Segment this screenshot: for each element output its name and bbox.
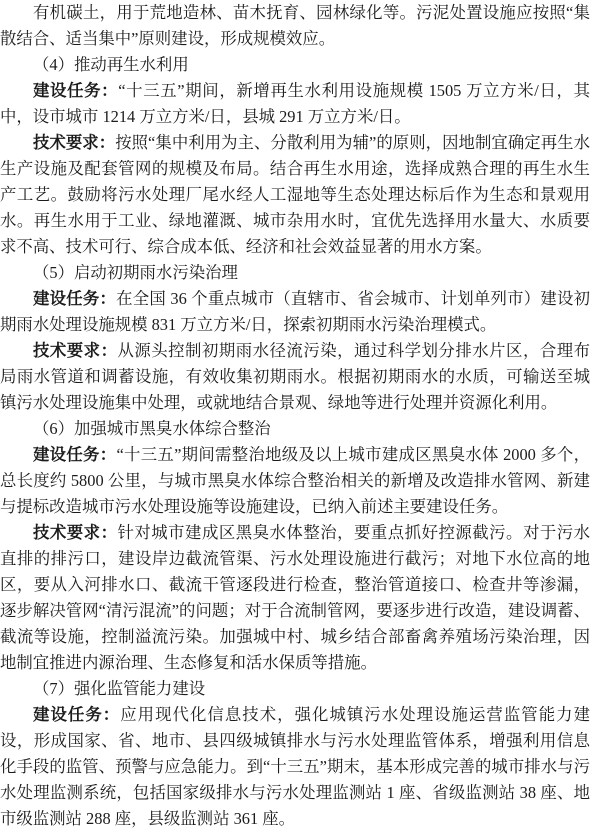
paragraph-text: 有机碳土，用于荒地造林、苗木抚育、园林绿化等。污泥处置设施应按照“集散结合、适当… bbox=[0, 3, 590, 48]
paragraph-task-supervision-capacity: 建设任务：应用现代化信息技术，强化城镇污水处理设施运营监管能力建设，形成国家、省… bbox=[0, 702, 590, 832]
document-page: 有机碳土，用于荒地造林、苗木抚育、园林绿化等。污泥处置设施应按照“集散结合、适当… bbox=[0, 0, 590, 832]
task-label: 建设任务： bbox=[33, 445, 116, 464]
heading-text: （7）强化监管能力建设 bbox=[33, 679, 205, 698]
task-label: 建设任务： bbox=[33, 289, 116, 308]
section-heading-6: （6）加强城市黑臭水体综合整治 bbox=[0, 416, 590, 442]
section-heading-5: （5）启动初期雨水污染治理 bbox=[0, 260, 590, 286]
paragraph-sludge-continuation: 有机碳土，用于荒地造林、苗木抚育、园林绿化等。污泥处置设施应按照“集散结合、适当… bbox=[0, 0, 590, 52]
paragraph-text: 针对城市建成区黑臭水体整治，要重点抓好控源截污。对于污水直排的排污口，建设岸边截… bbox=[0, 523, 590, 672]
paragraph-requirements-initial-rainwater: 技术要求：从源头控制初期雨水径流污染，通过科学划分排水片区，合理布局雨水管道和调… bbox=[0, 338, 590, 416]
heading-text: （5）启动初期雨水污染治理 bbox=[33, 263, 238, 282]
paragraph-task-reclaimed-water: 建设任务：“十三五”期间，新增再生水利用设施规模 1505 万立方米/日，其中，… bbox=[0, 78, 590, 130]
section-heading-4: （4）推动再生水利用 bbox=[0, 52, 590, 78]
task-label: 建设任务： bbox=[33, 81, 118, 100]
section-heading-7: （7）强化监管能力建设 bbox=[0, 676, 590, 702]
requirement-label: 技术要求： bbox=[33, 341, 117, 360]
paragraph-requirements-reclaimed-water: 技术要求：按照“集中利用为主、分散利用为辅”的原则，因地制宜确定再生水生产设施及… bbox=[0, 130, 590, 260]
heading-text: （4）推动再生水利用 bbox=[33, 55, 189, 74]
heading-text: （6）加强城市黑臭水体综合整治 bbox=[33, 419, 271, 438]
requirement-label: 技术要求： bbox=[33, 523, 117, 542]
paragraph-task-black-odor-water: 建设任务：“十三五”期间需整治地级及以上城市建成区黑臭水体 2000 多个，总长… bbox=[0, 442, 590, 520]
paragraph-task-initial-rainwater: 建设任务：在全国 36 个重点城市（直辖市、省会城市、计划单列市）建设初期雨水处… bbox=[0, 286, 590, 338]
paragraph-requirements-black-odor-water: 技术要求：针对城市建成区黑臭水体整治，要重点抓好控源截污。对于污水直排的排污口，… bbox=[0, 520, 590, 676]
task-label: 建设任务： bbox=[33, 705, 120, 724]
requirement-label: 技术要求： bbox=[33, 133, 115, 152]
